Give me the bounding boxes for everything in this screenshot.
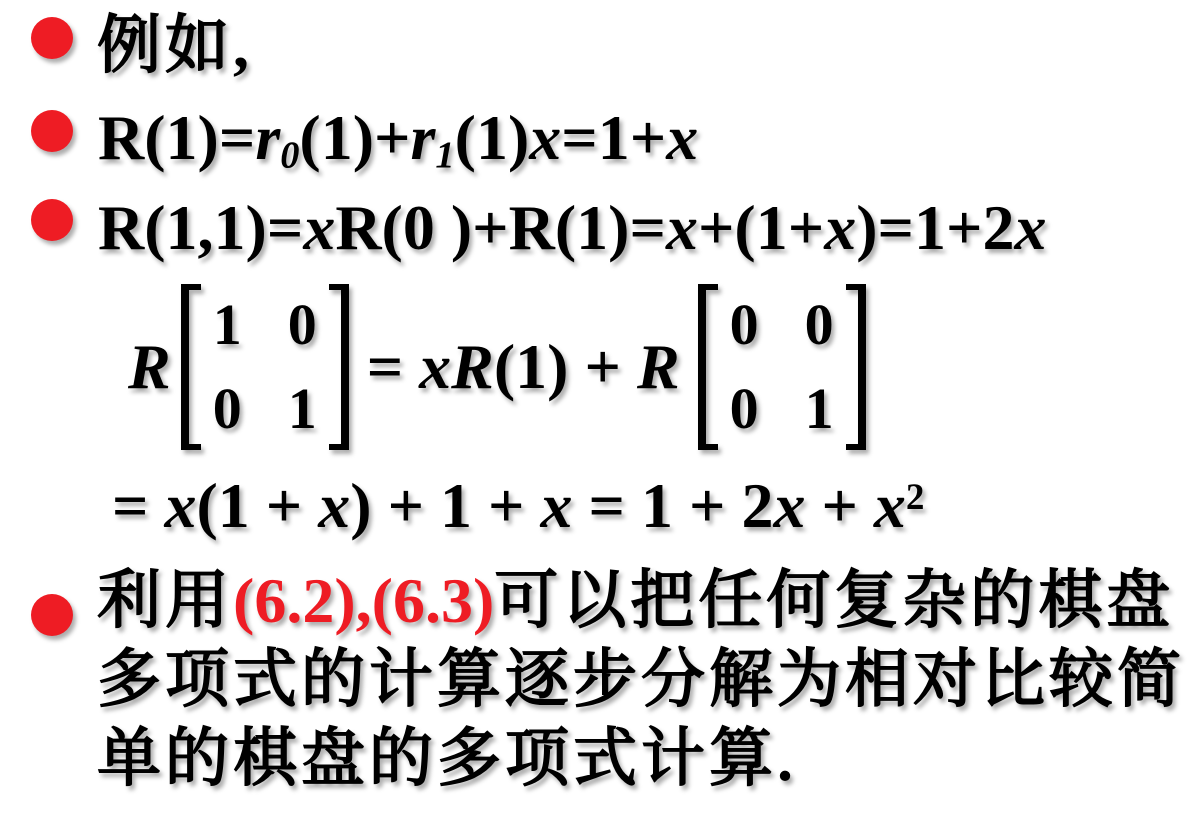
bracket-right bbox=[846, 284, 866, 450]
matrix-middle-expression: = xR(1) + R bbox=[367, 330, 680, 404]
math-var: R bbox=[451, 331, 494, 402]
lecture-slide: 例如, R(1)=r0(1)+r1(1)x=1+x R(1,1)=xR(0 )+… bbox=[0, 0, 1200, 816]
math-var: x bbox=[541, 470, 573, 541]
bullet-dot-icon bbox=[31, 110, 73, 152]
math-run: =1+ bbox=[561, 102, 666, 173]
math-var: r bbox=[411, 102, 436, 173]
math-var: r bbox=[255, 102, 280, 173]
matrix-cell: 1 bbox=[288, 380, 317, 438]
math-run: R(1)= bbox=[98, 102, 255, 173]
formula-expansion: = x(1 + x) + 1 + x = 1 + 2x + x2 bbox=[112, 466, 924, 546]
formula-R11: R(1,1)=xR(0 )+R(1)=x+(1+x)=1+2x bbox=[98, 188, 1046, 268]
math-run: (1) bbox=[455, 102, 530, 173]
matrix-cells: 1001 bbox=[201, 284, 329, 450]
matrix-second: 0001 bbox=[698, 284, 866, 450]
math-var: x bbox=[318, 470, 350, 541]
math-run: +(1+ bbox=[698, 192, 824, 263]
math-run: + bbox=[805, 470, 873, 541]
math-var: x bbox=[874, 470, 906, 541]
math-run: = bbox=[112, 470, 164, 541]
math-var: x bbox=[773, 470, 805, 541]
math-subscript: 1 bbox=[435, 134, 454, 176]
math-var: x bbox=[666, 192, 698, 263]
bullet-dot-icon bbox=[31, 17, 73, 59]
matrix-identity: 1001 bbox=[181, 284, 349, 450]
math-run: R(1,1)= bbox=[98, 192, 303, 263]
math-superscript: 2 bbox=[906, 477, 925, 518]
bullet-dot-icon bbox=[31, 199, 73, 241]
math-run: (1)+ bbox=[299, 102, 410, 173]
math-run: R(0 )+R(1)= bbox=[335, 192, 666, 263]
math-var: x bbox=[419, 331, 451, 402]
bracket-right bbox=[329, 284, 349, 450]
math-var: x bbox=[824, 192, 856, 263]
math-var: R bbox=[637, 331, 680, 402]
bullet4-line2: 多项式的计算逐步分解为相对比较简 bbox=[97, 640, 1200, 719]
matrix-cell: 0 bbox=[213, 380, 242, 438]
matrix-cell: 0 bbox=[805, 296, 834, 354]
math-var: x bbox=[1014, 192, 1046, 263]
math-var: x bbox=[529, 102, 561, 173]
bullet4-line3: 单的棋盘的多项式计算. bbox=[97, 719, 1200, 798]
matrix-cell: 0 bbox=[730, 296, 759, 354]
math-run: )=1+2 bbox=[856, 192, 1014, 263]
math-var: x bbox=[164, 470, 196, 541]
matrix-cell: 1 bbox=[805, 380, 834, 438]
bullet4-pre: 利用 bbox=[97, 565, 233, 636]
formula-R1: R(1)=r0(1)+r1(1)x=1+x bbox=[98, 98, 698, 178]
bracket-left bbox=[698, 284, 718, 450]
math-var: x bbox=[303, 192, 335, 263]
math-run: = 1 + 2 bbox=[573, 470, 774, 541]
math-var: R bbox=[128, 330, 171, 404]
math-var: x bbox=[666, 102, 698, 173]
math-run: = bbox=[367, 331, 419, 402]
bracket-left bbox=[181, 284, 201, 450]
bullet4-line1-rest: 可以把任何复杂的棋盘 bbox=[494, 565, 1174, 636]
matrix-cell: 0 bbox=[730, 380, 759, 438]
matrix-cell: 0 bbox=[288, 296, 317, 354]
bullet4-line1: 利用(6.2),(6.3)可以把任何复杂的棋盘 bbox=[97, 561, 1200, 640]
bullet1-text: 例如, bbox=[97, 6, 253, 86]
math-run: (1) + bbox=[494, 331, 637, 402]
math-run: ) + 1 + bbox=[350, 470, 540, 541]
matrix-cell: 1 bbox=[213, 296, 242, 354]
equation-reference: (6.2),(6.3) bbox=[233, 565, 494, 636]
math-run: (1 + bbox=[196, 470, 318, 541]
math-subscript: 0 bbox=[280, 134, 299, 176]
matrix-equation: R 1001 = xR(1) + R 0001 bbox=[128, 284, 866, 450]
bullet4-paragraph: 利用(6.2),(6.3)可以把任何复杂的棋盘 多项式的计算逐步分解为相对比较简… bbox=[97, 561, 1200, 798]
matrix-cells: 0001 bbox=[718, 284, 846, 450]
bullet-dot-icon bbox=[31, 594, 73, 636]
